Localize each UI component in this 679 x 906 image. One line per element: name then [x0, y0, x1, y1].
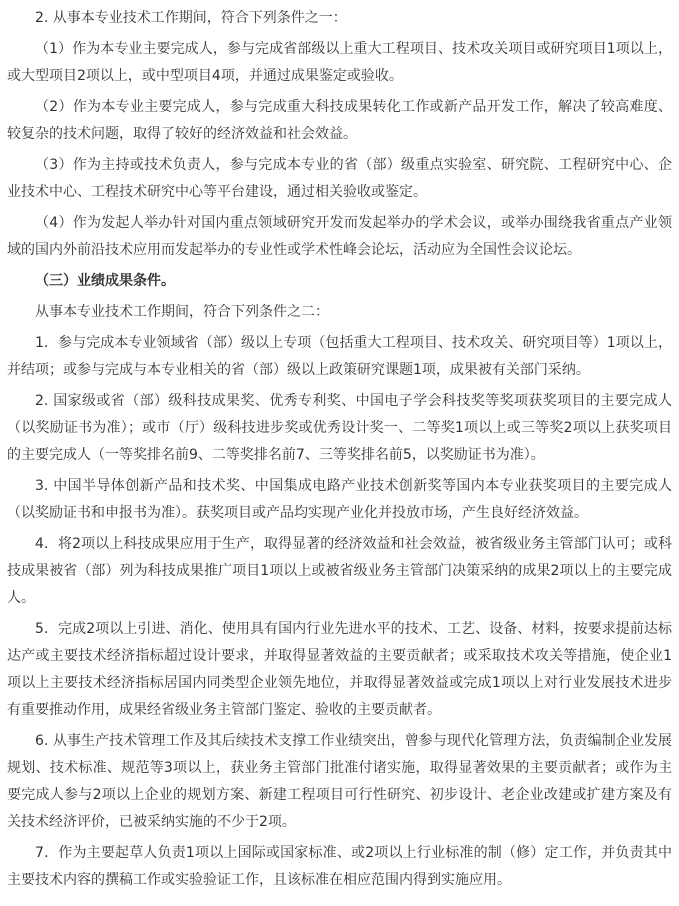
paragraph: 2. 国家级或省（部）级科技成果奖、优秀专利奖、中国电子学会科技奖等奖项获奖项目…: [7, 388, 672, 469]
paragraph: （三）业绩成果条件。: [7, 268, 672, 295]
paragraph: （4）作为发起人举办针对国内重点领域研究开发而发起举办的学术会议，或举办围绕我省…: [7, 210, 672, 264]
paragraph: 2. 从事本专业技术工作期间，符合下列条件之一：: [7, 5, 672, 32]
paragraph: （1）作为本专业主要完成人，参与完成省部级以上重大工程项目、技术攻关项目或研究项…: [7, 36, 672, 90]
paragraph: （3）作为主持或技术负责人，参与完成本专业的省（部）级重点实验室、研究院、工程研…: [7, 152, 672, 206]
paragraph: 3. 中国半导体创新产品和技术奖、中国集成电路产业技术创新奖等国内本专业获奖项目…: [7, 473, 672, 527]
paragraph: 6. 从事生产技术管理工作及其后续技术支撑工作业绩突出，曾参与现代化管理方法，负…: [7, 728, 672, 836]
paragraph: 从事本专业技术工作期间，符合下列条件之二：: [7, 299, 672, 326]
paragraph: 7．作为主要起草人负责1项以上国际或国家标准、或2项以上行业标准的制（修）定工作…: [7, 840, 672, 894]
document-body: 2. 从事本专业技术工作期间，符合下列条件之一：（1）作为本专业主要完成人，参与…: [0, 0, 679, 906]
paragraph: 5．完成2项以上引进、消化、使用具有国内行业先进水平的技术、工艺、设备、材料，按…: [7, 616, 672, 724]
paragraph: 4．将2项以上科技成果应用于生产，取得显著的经济效益和社会效益，被省级业务主管部…: [7, 531, 672, 612]
paragraph: 1．参与完成本专业领域省（部）级以上专项（包括重大工程项目、技术攻关、研究项目等…: [7, 330, 672, 384]
paragraph: （2）作为本专业主要完成人，参与完成重大科技成果转化工作或新产品开发工作，解决了…: [7, 94, 672, 148]
